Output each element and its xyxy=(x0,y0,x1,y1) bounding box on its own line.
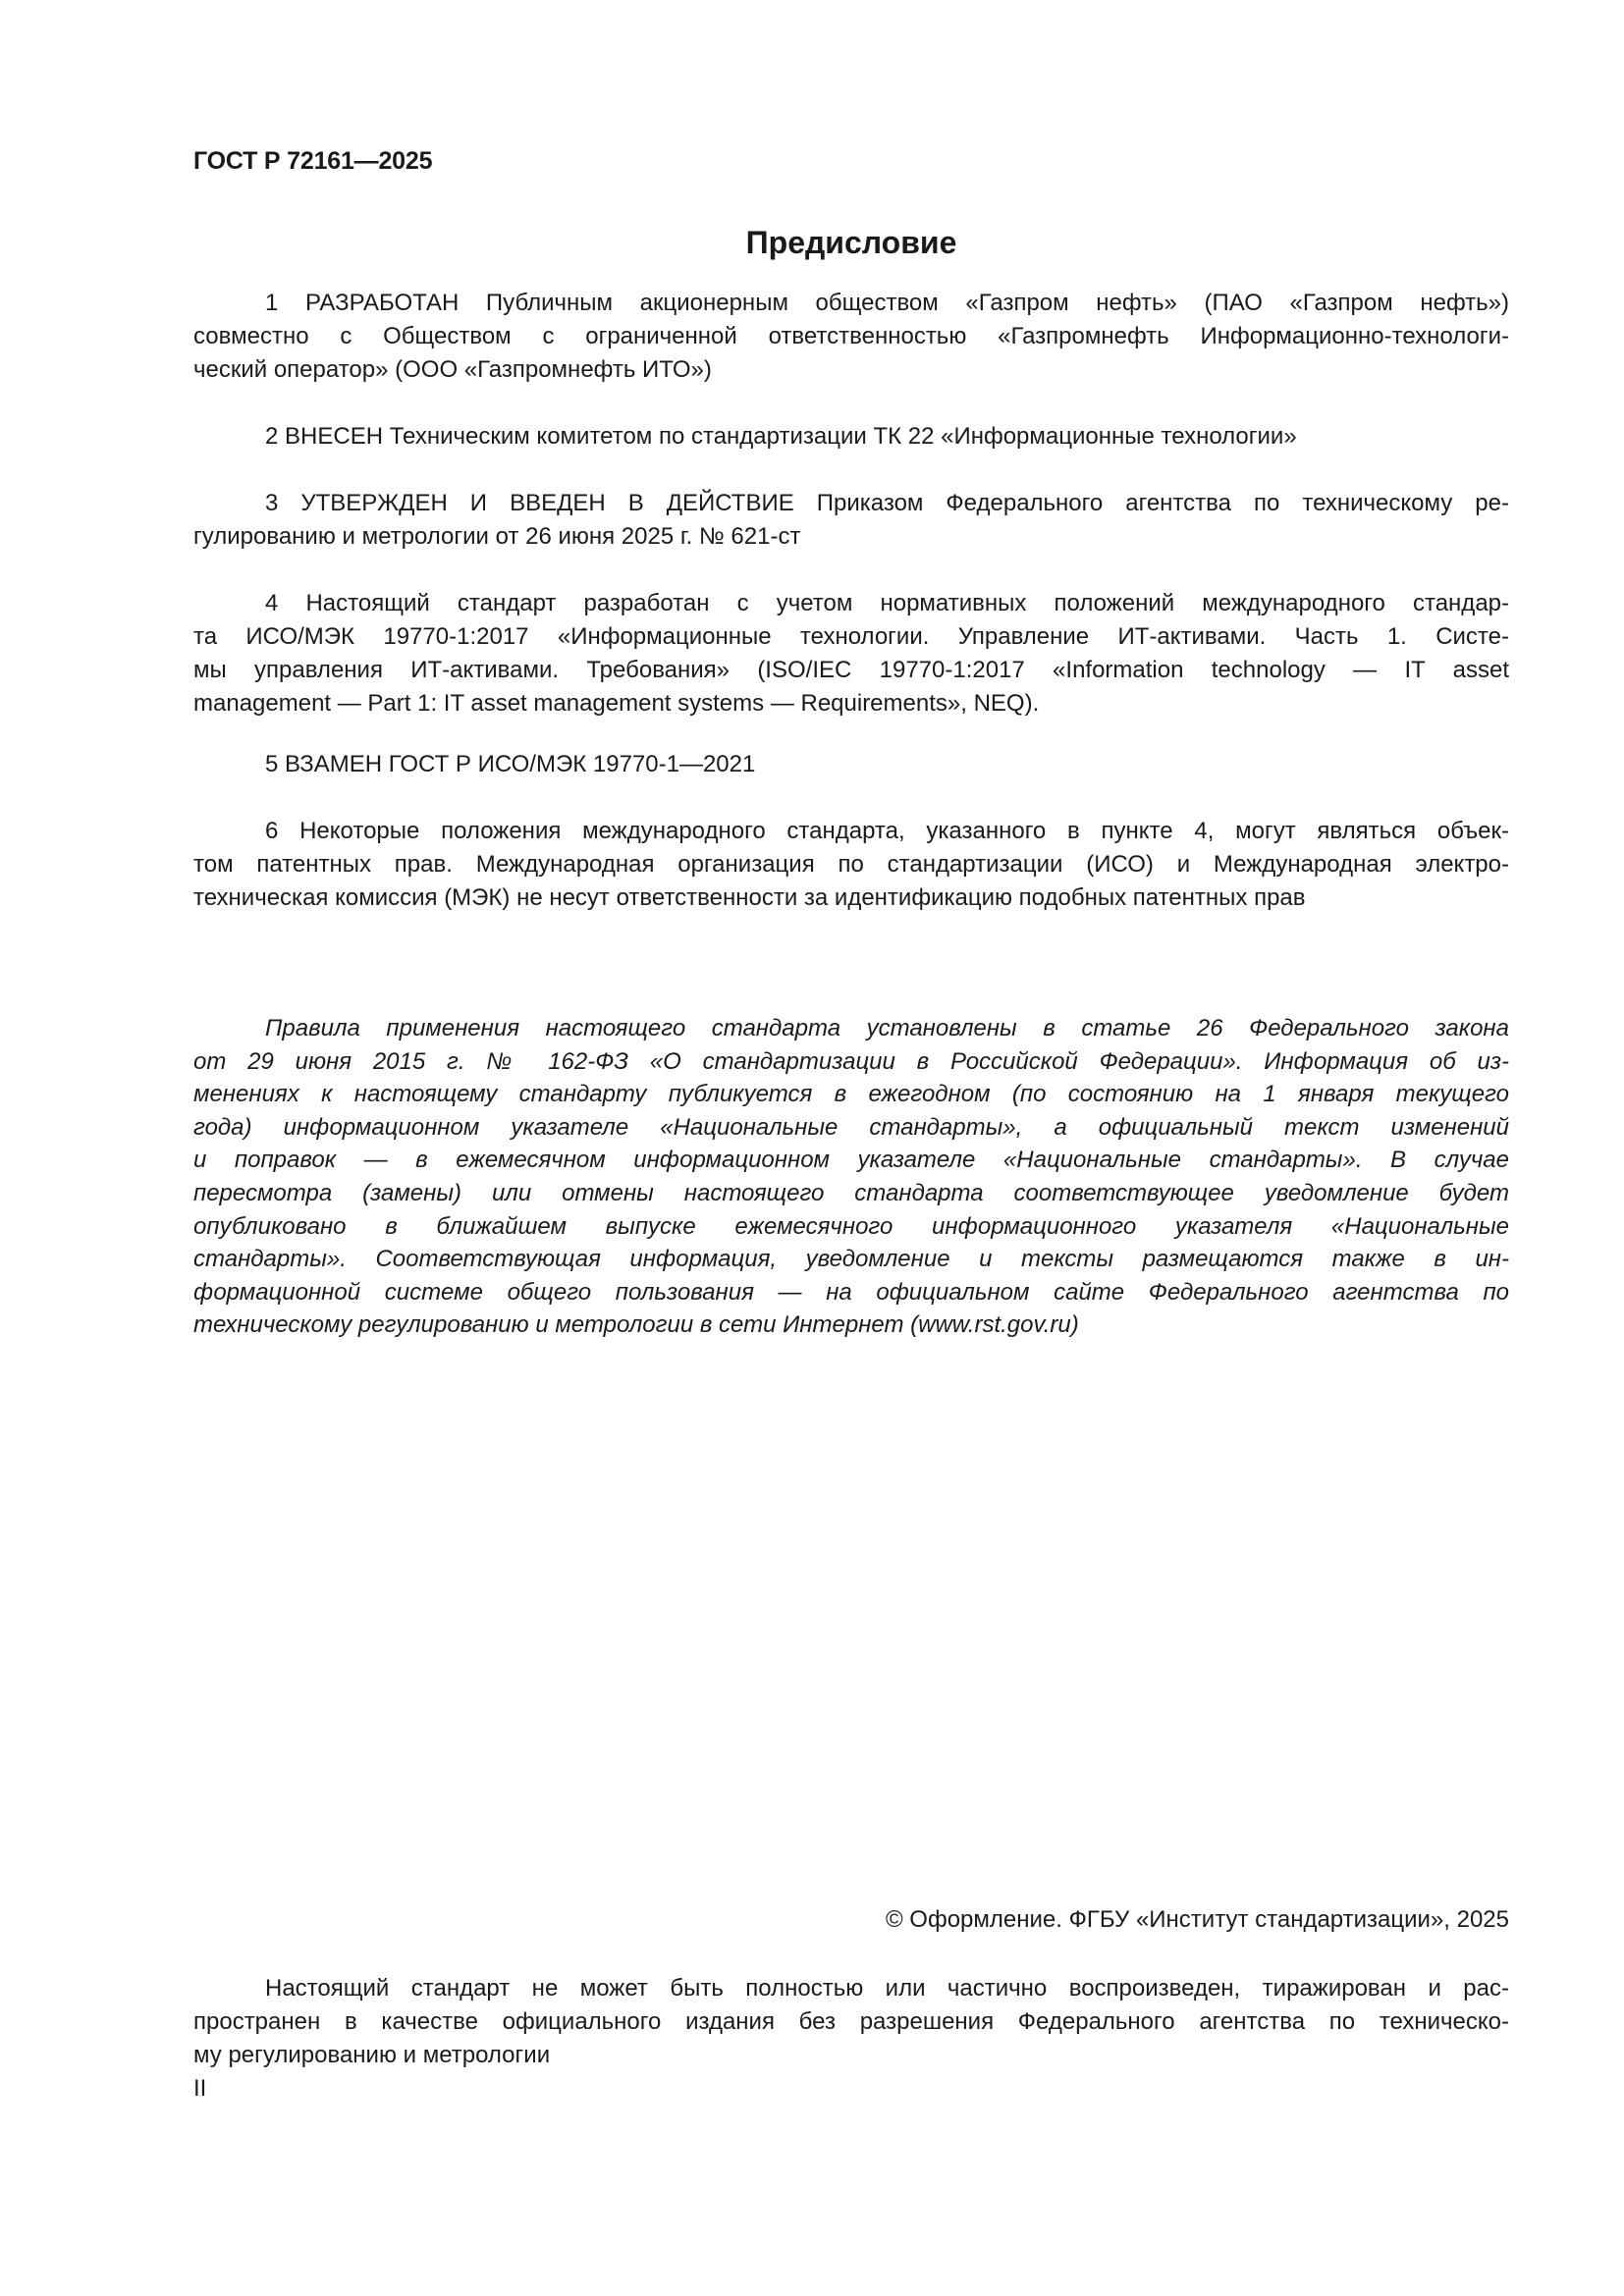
text-line: 6 Некоторые положения международного ста… xyxy=(193,815,1509,848)
copyright-notice: © Оформление. ФГБУ «Институт стандартиза… xyxy=(193,1906,1509,1934)
paragraph-patent-rights: 6 Некоторые положения международного ста… xyxy=(193,815,1509,915)
text-line: стандарты». Соответствующая информация, … xyxy=(193,1243,1509,1276)
paragraph-replaces: 5 ВЗАМЕН ГОСТ Р ИСО/МЭК 19770-1—2021 xyxy=(193,748,1509,781)
text-line: техническая комиссия (МЭК) не несут отве… xyxy=(193,881,1509,915)
text-line: совместно с Обществом с ограниченной отв… xyxy=(193,320,1509,353)
application-rules-notice: Правила применения настоящего стандарта … xyxy=(193,1012,1509,1342)
reproduction-notice: Настоящий стандарт не может быть полност… xyxy=(193,1972,1509,2072)
text-line: 2 ВНЕСЕН Техническим комитетом по станда… xyxy=(193,420,1509,454)
document-id: ГОСТ Р 72161—2025 xyxy=(193,147,432,176)
text-line: гулированию и метрологии от 26 июня 2025… xyxy=(193,520,1509,554)
text-line: техническому регулированию и метрологии … xyxy=(193,1308,1509,1342)
text-line: года) информационном указателе «Национал… xyxy=(193,1111,1509,1145)
paragraph-based-on: 4 Настоящий стандарт разработан с учетом… xyxy=(193,587,1509,721)
text-line: 1 РАЗРАБОТАН Публичным акционерным общес… xyxy=(193,287,1509,320)
text-line: мы управления ИТ-активами. Требования» (… xyxy=(193,654,1509,687)
text-line: формационной системе общего пользования … xyxy=(193,1276,1509,1309)
text-line: 3 УТВЕРЖДЕН И ВВЕДЕН В ДЕЙСТВИЕ Приказом… xyxy=(193,487,1509,520)
paragraph-submitted-by: 2 ВНЕСЕН Техническим комитетом по станда… xyxy=(193,420,1509,454)
page-title: Предисловие xyxy=(193,225,1509,261)
text-line: ческий оператор» (ООО «Газпромнефть ИТО»… xyxy=(193,353,1509,387)
text-line: му регулированию и метрологии xyxy=(193,2039,1509,2072)
paragraph-approved: 3 УТВЕРЖДЕН И ВВЕДЕН В ДЕЙСТВИЕ Приказом… xyxy=(193,487,1509,554)
text-line: та ИСО/МЭК 19770-1:2017 «Информационные … xyxy=(193,620,1509,654)
text-line: Правила применения настоящего стандарта … xyxy=(193,1012,1509,1045)
text-line: management — Part 1: IT asset management… xyxy=(193,687,1509,721)
paragraph-developed-by: 1 РАЗРАБОТАН Публичным акционерным общес… xyxy=(193,287,1509,387)
text-line: менениях к настоящему стандарту публикуе… xyxy=(193,1078,1509,1111)
text-line: Настоящий стандарт не может быть полност… xyxy=(193,1972,1509,2005)
text-line: пересмотра (замены) или отмены настоящег… xyxy=(193,1177,1509,1210)
text-line: от 29 июня 2015 г. № 162-ФЗ «О стандарти… xyxy=(193,1045,1509,1079)
text-line: том патентных прав. Международная органи… xyxy=(193,848,1509,881)
text-line: опубликовано в ближайшем выпуске ежемеся… xyxy=(193,1210,1509,1244)
text-line: 5 ВЗАМЕН ГОСТ Р ИСО/МЭК 19770-1—2021 xyxy=(193,748,1509,781)
page-number: II xyxy=(193,2075,206,2103)
text-line: и поправок — в ежемесячном информационно… xyxy=(193,1144,1509,1177)
text-line: 4 Настоящий стандарт разработан с учетом… xyxy=(193,587,1509,620)
text-line: пространен в качестве официального издан… xyxy=(193,2005,1509,2039)
